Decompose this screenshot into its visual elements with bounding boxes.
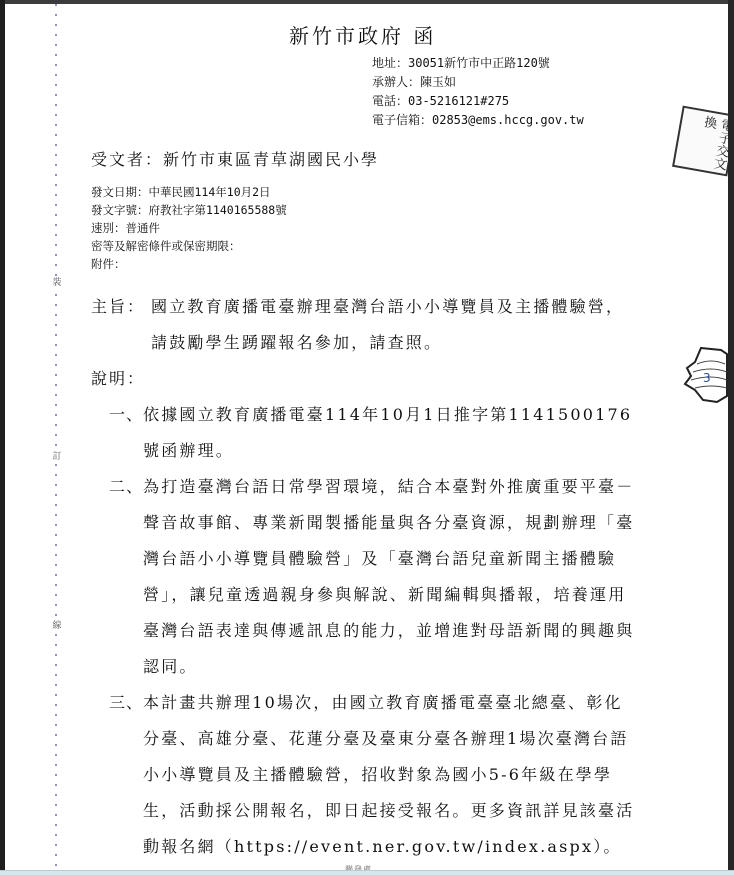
binding-mark-ding: 訂	[52, 452, 62, 462]
seal-stamp-icon: 3	[681, 344, 728, 404]
sender-phone: 電話：03-5216121#275	[372, 92, 584, 111]
stamp-text: 電子交文換	[700, 114, 728, 171]
svg-text:3: 3	[703, 371, 711, 385]
attachments: 附件：	[91, 255, 287, 273]
binding-mark-zhuang: 裝	[52, 278, 62, 288]
sender-address: 地址：30051新竹市中正路120號	[372, 54, 584, 73]
delivery-speed: 速別：普通件	[91, 219, 287, 237]
document-title: 新竹市政府 函	[289, 20, 436, 49]
sender-email: 電子信箱：02853@ems.hccg.gov.tw	[372, 111, 584, 130]
confidentiality: 密等及解密條件或保密期限：	[91, 237, 287, 255]
document-body: 主旨： 國立教育廣播電臺辦理臺灣台語小小導覽員及主播體驗營，請鼓勵學生踴躍報名參…	[91, 289, 651, 865]
item-number: 二、	[91, 469, 143, 685]
subject-section: 主旨： 國立教育廣播電臺辦理臺灣台語小小導覽員及主播體驗營，請鼓勵學生踴躍報名參…	[91, 289, 651, 361]
sender-contact: 承辦人：陳玉如	[372, 73, 584, 92]
explanation-item: 三、 本計畫共辦理10場次，由國立教育廣播電臺臺北總臺、彰化分臺、高雄分臺、花蓮…	[91, 685, 651, 865]
item-number: 三、	[91, 685, 143, 865]
item-number: 一、	[91, 397, 143, 469]
explanation-label: 說明：	[91, 361, 651, 397]
viewer-scrollbar[interactable]	[728, 0, 734, 875]
item-text: 依據國立教育廣播電臺114年10月1日推字第1141500176號函辦理。	[143, 397, 637, 469]
recipient: 受文者：新竹市東區青草湖國民小學	[91, 147, 379, 170]
viewer-bottom-bar	[0, 870, 734, 875]
subject-text: 國立教育廣播電臺辦理臺灣台語小小導覽員及主播體驗營，請鼓勵學生踴躍報名參加，請查…	[151, 289, 641, 361]
document-number: 發文字號：府教社字第1140165588號	[91, 201, 287, 219]
electronic-exchange-stamp: 電子交文換	[672, 106, 728, 177]
explanation-item: 二、 為打造臺灣台語日常學習環境，結合本臺對外推廣重要平臺－聲音故事館、專業新聞…	[91, 469, 651, 685]
sender-info: 地址：30051新竹市中正路120號 承辦人：陳玉如 電話：03-5216121…	[372, 54, 584, 130]
explanation-item: 一、 依據國立教育廣播電臺114年10月1日推字第1141500176號函辦理。	[91, 397, 651, 469]
item-text: 本計畫共辦理10場次，由國立教育廣播電臺臺北總臺、彰化分臺、高雄分臺、花蓮分臺及…	[143, 685, 637, 865]
document-page: 裝 訂 線 新竹市政府 函 地址：30051新竹市中正路120號 承辦人：陳玉如…	[5, 4, 728, 872]
binding-dotted-line	[55, 4, 57, 872]
document-meta: 發文日期：中華民國114年10月2日 發文字號：府教社字第1140165588號…	[91, 183, 287, 273]
subject-label: 主旨：	[91, 289, 151, 361]
item-text: 為打造臺灣台語日常學習環境，結合本臺對外推廣重要平臺－聲音故事館、專業新聞製播能…	[143, 469, 637, 685]
binding-mark-xian: 線	[52, 621, 62, 631]
issue-date: 發文日期：中華民國114年10月2日	[91, 183, 287, 201]
